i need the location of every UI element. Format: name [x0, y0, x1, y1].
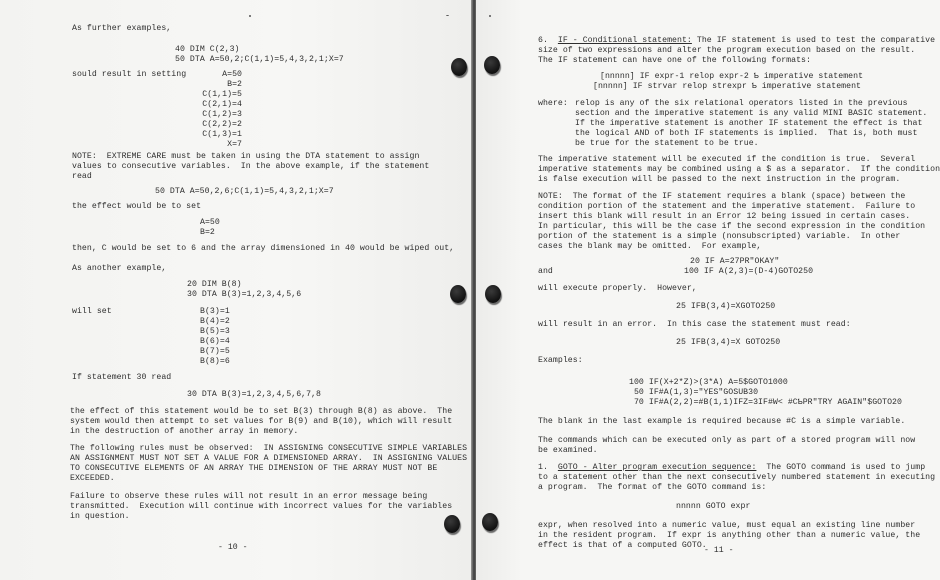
code-line: 40 DIM C(2,3): [175, 45, 240, 55]
punch-hole: [484, 56, 500, 74]
code-line: 30 DTA B(3)=1,2,3,4,5,6: [187, 290, 301, 300]
format-line: [nnnnn] IF expr-1 relop expr-2 Ƅ imperat…: [600, 72, 863, 82]
page-number: - 10 -: [218, 543, 247, 552]
note-line: NOTE: The format of the IF statement req…: [538, 192, 905, 202]
expr-line: effect is that of a computed GOTO.: [538, 541, 707, 551]
note-line: cases the blank may be omitted. For exam…: [538, 242, 761, 252]
expr-line: in the resident program. If expr is anyt…: [538, 531, 920, 541]
code-line: 20 DIM B(8): [187, 280, 242, 290]
note-line: In particular, this will be the case if …: [538, 222, 925, 232]
speck: [446, 15, 449, 16]
note-line: NOTE: EXTREME CARE must be taken in usin…: [72, 152, 419, 162]
imperative-line: The imperative statement will be execute…: [538, 155, 915, 165]
execute-text: will execute properly. However,: [538, 284, 697, 294]
note-line: values to consecutive variables. In the …: [72, 162, 429, 172]
effect-para-line: the effect of this statement would be to…: [70, 407, 452, 417]
result-value: B(3)=1: [200, 307, 230, 317]
goto-title: GOTO - Alter program execution sequence:: [558, 463, 757, 472]
result-value: B(8)=6: [200, 357, 230, 367]
goto-line: a program. The format of the GOTO comman…: [538, 483, 766, 493]
where-line: the logical AND of both IF statements is…: [575, 129, 917, 139]
result-label: sould result in setting: [72, 70, 186, 80]
where-label: where:: [538, 99, 568, 109]
where-line: relop is any of the six relational opera…: [575, 99, 908, 109]
then-text: then, C would be set to 6 and the array …: [72, 244, 454, 254]
good-example-code: 25 IFB(3,4)=X GOTO250: [676, 338, 780, 348]
result-value: C(1,3)=1: [192, 130, 242, 140]
goto-format: nnnnn GOTO expr: [676, 502, 750, 512]
goto-line: to a statement other than the next conse…: [538, 473, 935, 483]
rules-para-line: The following rules must be observed: IN…: [70, 444, 467, 454]
note-line: portion of the statement is a simple (no…: [538, 232, 900, 242]
punch-hole: [485, 285, 501, 303]
commands-line: The commands which can be executed only …: [538, 436, 915, 446]
intro-text: As further examples,: [72, 24, 171, 34]
goto-heading: 1. GOTO - Alter program execution sequen…: [538, 463, 925, 473]
result-value: B=2: [192, 80, 242, 90]
imperative-line: is false execution will be passed to the…: [538, 175, 900, 185]
section-line: The IF statement can have one of the fol…: [538, 56, 811, 66]
rules-para-line: AN ASSIGNMENT MUST NOT SET A VALUE FOR A…: [70, 454, 467, 464]
rules-para-line: EXCEEDED.: [70, 474, 115, 484]
result-value: B(4)=2: [200, 317, 230, 327]
effect-para-line: system would then attempt to set values …: [70, 417, 452, 427]
bad-example-code: 25 IFB(3,4)=XGOTO250: [676, 302, 775, 312]
result-value: B(7)=5: [200, 347, 230, 357]
where-line: section and the imperative statement is …: [575, 109, 927, 119]
code-line: 30 DTA B(3)=1,2,3,4,5,6,7,8: [187, 390, 321, 400]
error-text: will result in an error. In this case th…: [538, 320, 851, 330]
note-line: insert this blank will result in an Erro…: [538, 212, 910, 222]
failure-para-line: Failure to observe these rules will not …: [70, 492, 427, 502]
result-value: B(6)=4: [200, 337, 230, 347]
where-line: be true for the statement to be true.: [575, 139, 759, 149]
result-value: B(5)=3: [200, 327, 230, 337]
example-code: 100 IF(X+2*Z)>(3*A) A=5$GOTO1000: [629, 378, 788, 388]
code-line: 50 DTA A=50,2;C(1,1)=5,4,3,2,1;X=7: [175, 55, 344, 65]
section-number: 6.: [538, 36, 548, 45]
imperative-line: imperative statements may be combined us…: [538, 165, 940, 175]
effect-para-line: in the destruction of another array in m…: [70, 427, 298, 437]
section-text: The IF statement is used to test the com…: [692, 36, 935, 45]
effect-label: the effect would be to set: [72, 202, 201, 212]
note-line: read: [72, 172, 92, 182]
section-6-heading: 6. IF - Conditional statement: The IF st…: [538, 36, 935, 46]
commands-line: be examined.: [538, 446, 598, 456]
example-code: 50 IF#A(1,3)="YES"GOSUB30: [629, 388, 758, 398]
speck: [249, 15, 251, 17]
result-value: X=7: [192, 140, 242, 150]
result-value: B=2: [200, 228, 215, 238]
result-value: C(2,2)=2: [192, 120, 242, 130]
section-line: size of two expressions and alter the pr…: [538, 46, 915, 56]
example-code: 70 IF#A(2,2)=#B(1,1)IFZ=3IF#W< #CƄPR"TRY…: [629, 398, 902, 408]
expr-line: expr, when resolved into a numeric value…: [538, 521, 915, 531]
code-line: 50 DTA A=50,2,6;C(1,1)=5,4,3,2,1;X=7: [155, 187, 334, 197]
if-read-label: If statement 30 read: [72, 373, 171, 383]
rules-para-line: TO CONSECUTIVE ELEMENTS OF AN ARRAY THE …: [70, 464, 437, 474]
will-set-label: will set: [72, 307, 112, 317]
another-example: As another example,: [72, 264, 166, 274]
section-number: 1.: [538, 463, 548, 472]
section-text: The GOTO command is used to jump: [756, 463, 925, 472]
result-value: C(2,1)=4: [192, 100, 242, 110]
format-line: [nnnnn] IF strvar relop strexpr Ƅ impera…: [593, 82, 861, 92]
speck: [489, 15, 491, 17]
page-number: - 11 -: [704, 546, 733, 555]
punch-hole: [451, 58, 467, 76]
blank-note: The blank in the last example is require…: [538, 417, 905, 427]
and-label: and: [538, 267, 553, 277]
section-title: IF - Conditional statement:: [558, 36, 692, 45]
result-value: A=50: [192, 70, 242, 80]
note-line: condition portion of the statement and t…: [538, 202, 915, 212]
examples-label: Examples:: [538, 356, 583, 366]
failure-para-line: in question.: [70, 512, 130, 522]
punch-hole: [444, 515, 460, 533]
punch-hole: [482, 513, 498, 531]
result-value: A=50: [200, 218, 220, 228]
failure-para-line: transmitted. Execution will continue wit…: [70, 502, 452, 512]
where-line: If the imperative statement is another I…: [575, 119, 922, 129]
result-value: C(1,2)=3: [192, 110, 242, 120]
left-page: As further examples, 40 DIM C(2,3) 50 DT…: [0, 0, 472, 580]
example-code: 100 IF A(2,3)=(D-4)GOTO250: [684, 267, 813, 277]
example-code: 20 IF A=27PR"OKAY": [690, 257, 779, 267]
punch-hole: [450, 285, 466, 303]
result-value: C(1,1)=5: [192, 90, 242, 100]
right-page: 6. IF - Conditional statement: The IF st…: [476, 0, 940, 580]
